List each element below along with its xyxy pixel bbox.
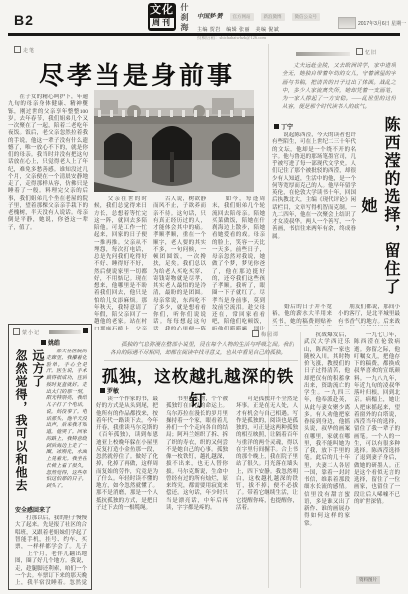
photo-credit-badge: 资料图片 [356,576,380,584]
middle-col-2: 书里的人物，个个被孤独钉在自己的命运上。乌尔苏拉在漫长的岁月里操持着一个家，眼看… [166,396,228,586]
author-marker-icon [274,124,279,129]
staff-line: 主编 贺岩 编辑 张丽 美编 倪斌 [197,26,347,33]
right-col-c1: 抗战爆发后，武汉大学西迁乐山，陈西滢一家也随校入川。其时物价飞涨，教授们的日子过… [304,332,350,584]
header-rule [8,33,400,36]
reader-note-box: 蒙小记 姚皓 忽然觉得，我可以和他去远方了 那天在医院的走廊里，我攥着化验单，手… [8,324,92,590]
tag-ornament-bar [296,52,350,56]
main-col-1: 在子女的精心呵护下，年逾九旬的母亲身体健康、精神矍铄，刚过世的父亲享年整整100… [8,94,88,330]
right-col-b1: 婚后的日子并不宽裕，他的薪水大半用来买书，她的稿费则贴补了家用。可两人的小家总是… [272,304,332,326]
section-tag-icon [356,48,363,55]
date-label: 2017年3月6日 星期一 [358,20,406,27]
main-col-2: 父亲在世的时候，我们总觉得来日方长，总想着等忙完这一阵，就回去多陪陪他。可是工作… [94,196,147,330]
link-chip-wechat: 微信公众号 [292,13,321,21]
author-name: 罗敏 [107,389,119,395]
box-letter-text: 那天在医院的走廊里，我攥着化验单，手心全是汗。医生说，手术做得很成功，往后按时复… [46,349,87,501]
right-article-headline: 陈西滢的选择，留住了她 [358,110,402,302]
box-subhead: 安全感回来了 [15,505,51,514]
tag-ornament-bar [49,330,81,334]
section-tag-icon [13,328,20,335]
newspaper-page: B2 文化 周刊 什刹海 中国梦·赞 官方网站 新浪微博 微信公众号 主编 贺岩… [0,0,408,594]
right-col-c2: 一九七〇年，陈西滢在伦敦病逝。弥留之际，他叮嘱女儿，把他存下的稿费，都换成叔华喜… [354,332,400,584]
culture-weekly-logo: 文化 周刊 [148,3,176,31]
link-chip-website: 官方网站 [230,13,254,21]
tag-end-square [83,328,88,333]
section-tag-icon [252,330,259,337]
column-rule-right-lower [300,332,301,588]
author-marker-icon [100,388,105,393]
logo-top-text: 文化 [148,3,176,17]
logo-side-text: 什刹海 [179,3,189,33]
bridge-photo [94,90,254,192]
right-col-a: 说起陈西滢，今天的读者也许有些陌生，可在上世纪二三十年代的文坛，他却是一个绕不开… [272,132,356,300]
main-col-4: 如今，每逢周末，我们姐弟几个轮流回去陪母亲。陪她买菜做饭，陪她在什刹海边上散步，… [212,196,265,330]
main-headline: 尽孝当是身前事 [8,56,266,92]
box-article-headline: 忽然觉得，我可以和他去远方了 [13,349,43,499]
masthead-info: 中国梦·赞 官方网站 新浪微博 微信公众号 主编 贺岩 编辑 张丽 美编 倪斌 … [197,5,347,41]
link-chip-weibo: 新浪微博 [261,13,285,21]
section-tag-main: 走笔 [14,46,35,54]
middle-col-3: 可是孤独并不全然是坏事。正是在无人处，人才有机会与自己相遇。写作是孤独的，阅读也… [236,396,298,586]
author-name: 丁宁 [281,125,293,131]
section-tag-middle: 梅园谭 [252,330,279,338]
email-line: 投稿信箱：shichahaiwhzk@126.com [197,35,347,41]
right-col-b2: 朋友们都说，那间小小的客厅，是北平城里最有书香气的地方。后来战事一起，这样的好日… [338,304,400,326]
box-article-author: 姚皓 [41,338,60,347]
section-tag-label: 蒙小记 [22,331,40,336]
section-tag-label: 忆旧 [365,51,377,56]
main-col-3: 古人说，树欲静而风不止，子欲养而亲不待。这句话，只有真正经历过的人，才能体会其中… [153,196,206,330]
box-body-1: 打那以后，我的胆子慢慢大了起来。先是报了社区的合唱班，又跟着老姐妹们学起了智能手… [15,515,87,549]
author-marker-icon [41,340,46,345]
author-name: 姚皓 [48,341,60,347]
section-tag-label: 梅园谭 [261,333,279,338]
weather-icon [338,17,356,29]
brand-script: 中国梦·赞 [197,14,223,20]
edition-label: B2 [14,12,34,28]
intro-divider [104,360,298,361]
section-tag-box: 蒙小记 [13,328,40,336]
middle-article-intro: 孤独的气息弥漫在整部小说里，浸在每个人物的生活与呼吸之间。我们各自的际遇不尽相同… [110,341,294,359]
box-body-2: 上个月，老伴儿翻出地图，圈了好几个地方。我说，走，趁腿脚还利索，咱们一个一个去。… [15,551,87,585]
logo-bottom-text: 周刊 [150,18,174,28]
middle-article-author: 罗敏 [100,386,119,395]
section-tag-right: 忆旧 [356,48,377,56]
right-article-author: 丁宁 [274,122,293,131]
section-tag-icon [14,46,21,53]
section-tag-label: 走笔 [23,49,35,54]
middle-col-1: 读一个作家的书，最好的方式是从头到尾，把他所有的作品都找来，按着年代一路读下去。… [96,396,158,586]
